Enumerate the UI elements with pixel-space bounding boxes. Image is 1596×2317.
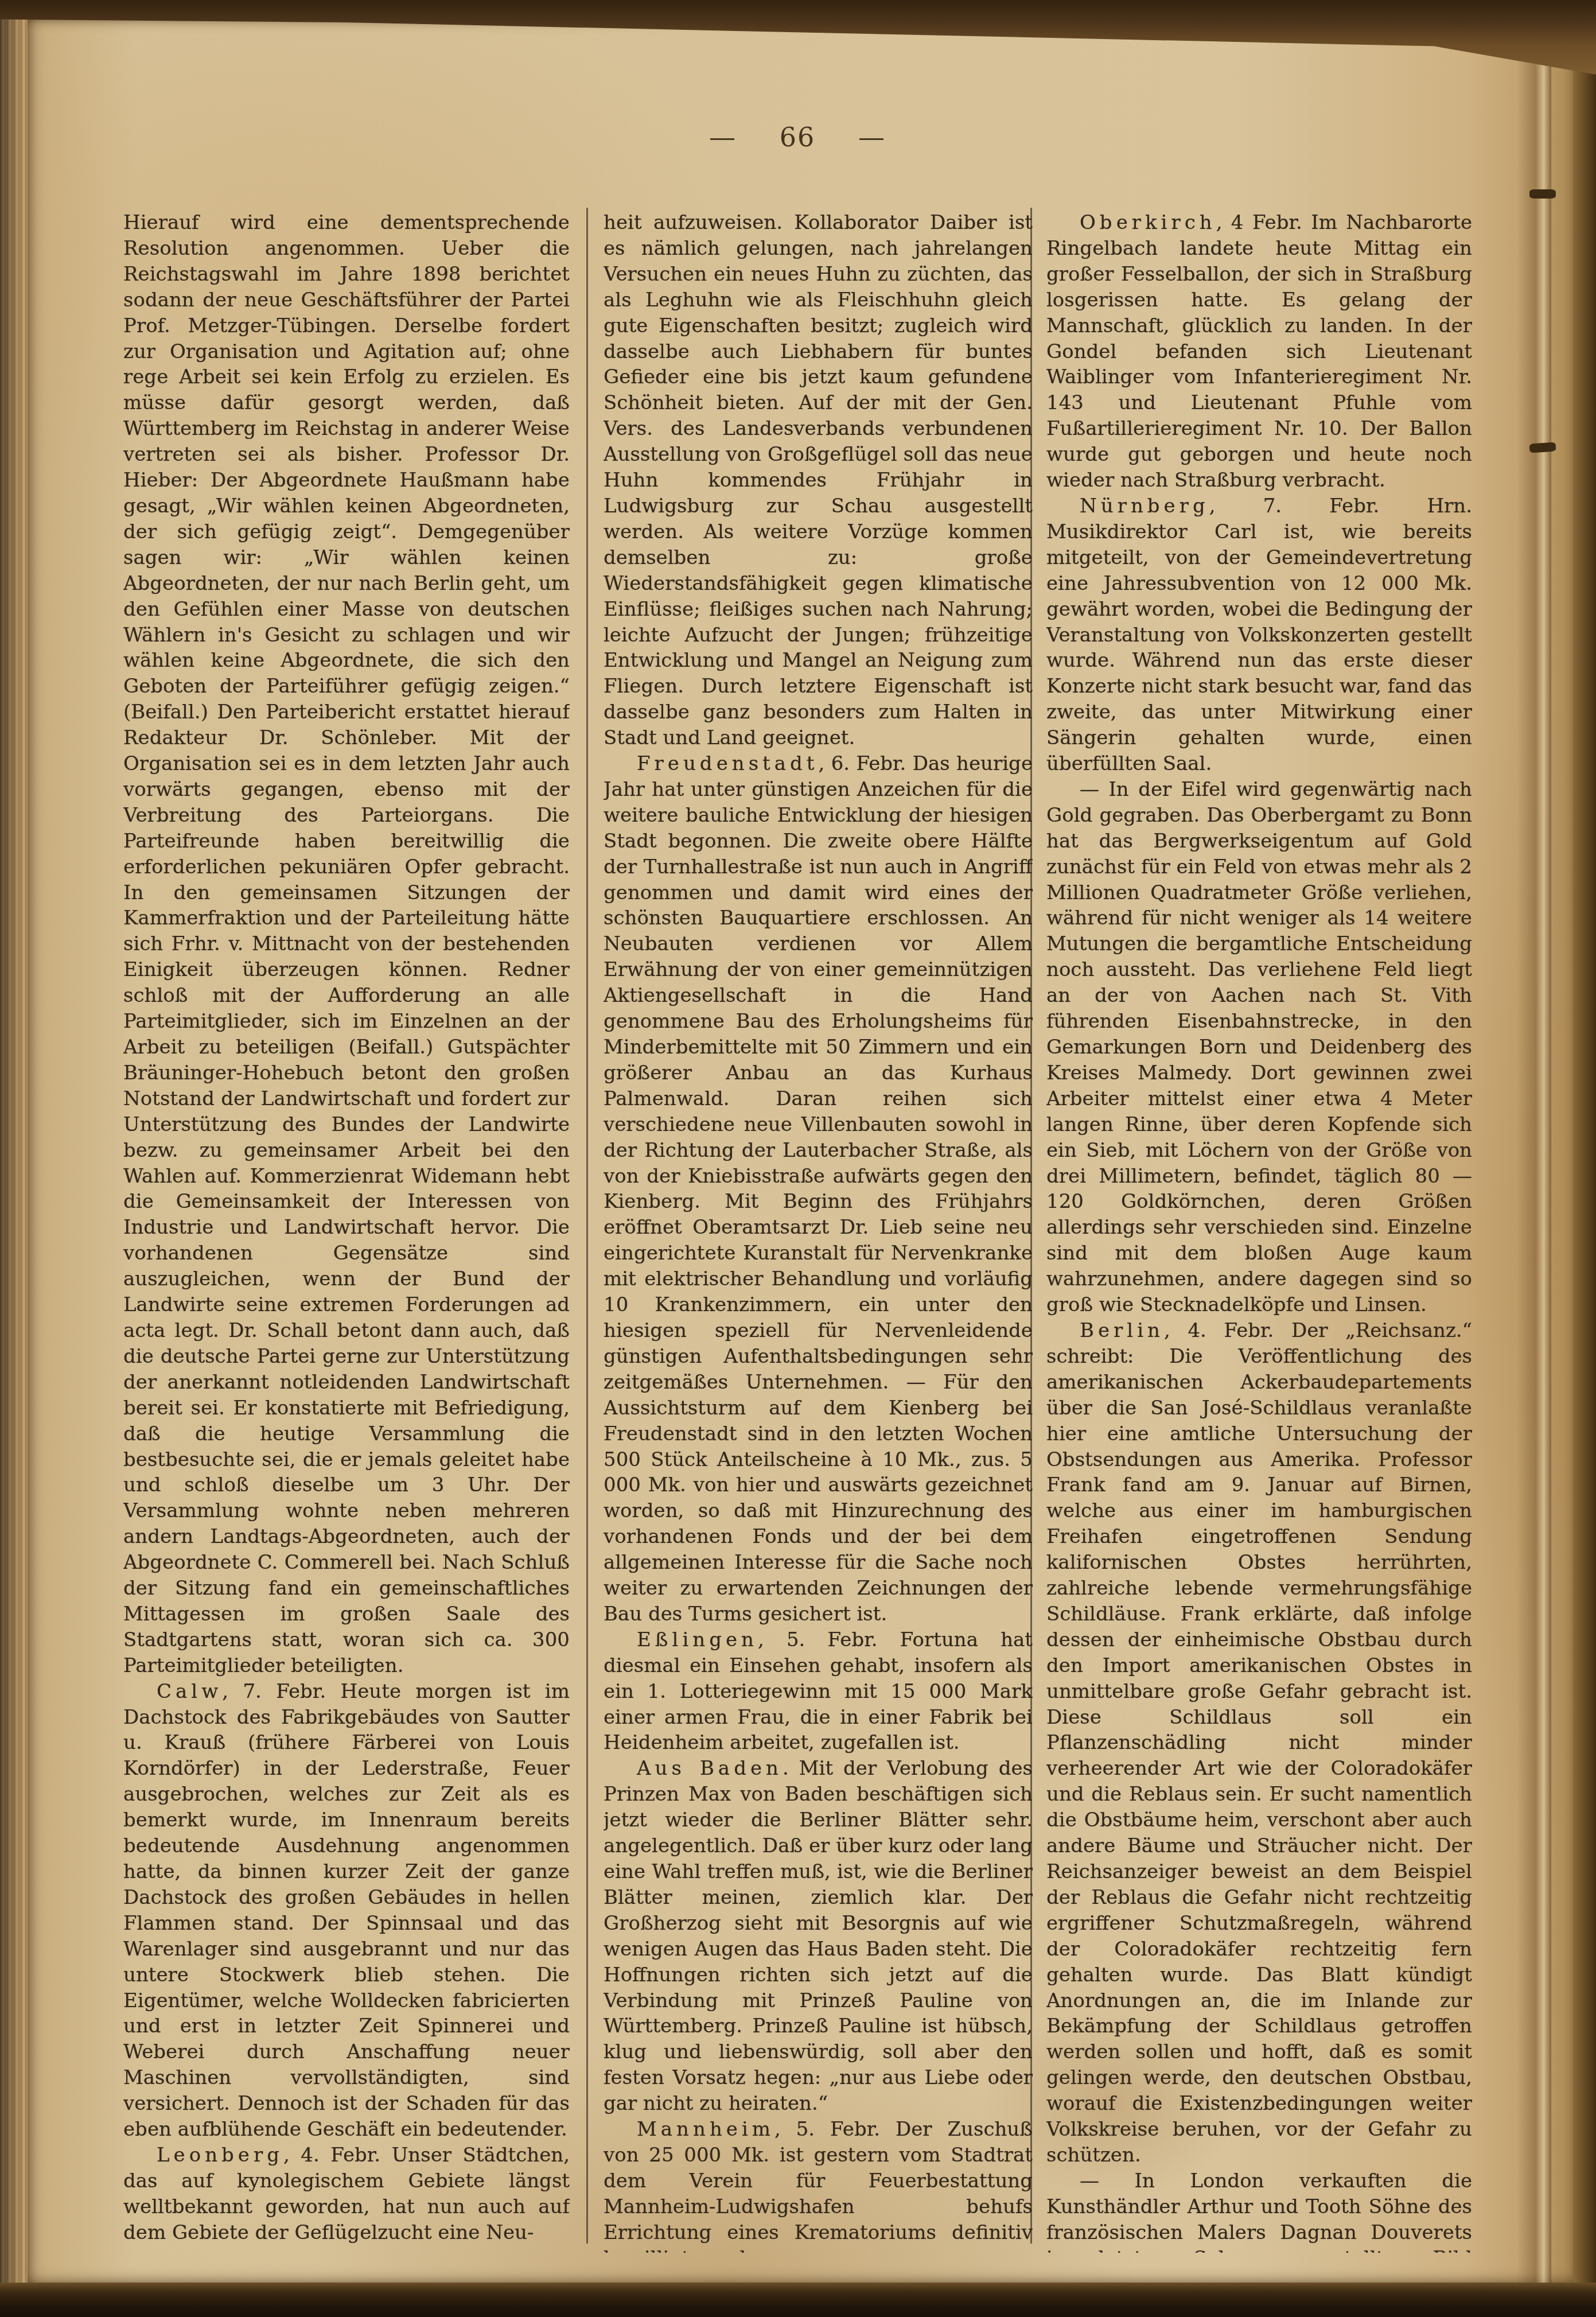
dateline-lead: Calw — [157, 1680, 222, 1703]
book-right-edge — [1571, 0, 1596, 2317]
text-column-3: Oberkirch, 4 Febr. Im Nachbarorte Ringel… — [1046, 210, 1472, 2253]
book-page-stack-edge — [0, 0, 30, 2317]
article-paragraph: Nürnberg, 7. Febr. Hrn. Musikdirektor Ca… — [1046, 493, 1472, 777]
article-paragraph: heit aufzuweisen. Kollaborator Daiber is… — [604, 210, 1033, 751]
article-paragraph: Oberkirch, 4 Febr. Im Nachbarorte Ringel… — [1046, 210, 1472, 493]
dateline-lead: Freudenstadt — [637, 752, 818, 775]
article-paragraph: Eßlingen, 5. Febr. Fortuna hat diesmal e… — [604, 1627, 1033, 1756]
book-cover-bottom — [0, 2283, 1596, 2317]
dateline-lead: Mannheim — [637, 2118, 774, 2141]
page-curl-shadow — [1517, 17, 1551, 2285]
dateline-lead: Berlin — [1080, 1319, 1164, 1342]
dateline-lead: Oberkirch — [1080, 211, 1216, 234]
column-rule-left — [586, 208, 588, 2244]
article-paragraph: Hierauf wird eine dementsprechende Resol… — [123, 210, 570, 1679]
dateline-lead: Eßlingen — [637, 1628, 758, 1651]
dateline-lead: Leonberg — [157, 2144, 283, 2167]
article-paragraph: — In der Eifel wird gegenwärtig nach Gol… — [1046, 777, 1472, 1318]
paper-tear-notch — [1529, 189, 1556, 199]
article-paragraph: Calw, 7. Febr. Heute morgen ist im Dachs… — [123, 1679, 570, 2143]
text-column-1: Hierauf wird eine dementsprechende Resol… — [123, 210, 570, 2253]
page-number: — 66 — — [123, 122, 1472, 153]
text-column-2: heit aufzuweisen. Kollaborator Daiber is… — [604, 210, 1033, 2253]
dateline-lead: Aus Baden — [637, 1757, 783, 1780]
scanned-newspaper-page: — 66 — Hierauf wird eine dementsprechend… — [0, 0, 1596, 2317]
article-paragraph: — In London verkauften die Kunsthändler … — [1046, 2168, 1472, 2253]
article-paragraph: Berlin, 4. Febr. Der „Reichsanz.“ schrei… — [1046, 1318, 1472, 2168]
article-paragraph: Freudenstadt, 6. Febr. Das heurige Jahr … — [604, 751, 1033, 1627]
article-paragraph: Mannheim, 5. Febr. Der Zuschuß von 25 00… — [604, 2117, 1033, 2253]
article-paragraph: Leonberg, 4. Febr. Unser Städtchen, das … — [123, 2143, 570, 2246]
dateline-lead: Nürnberg — [1080, 495, 1209, 518]
paper-tear-notch — [1529, 442, 1556, 453]
article-paragraph: Aus Baden. Mit der Verlobung des Prinzen… — [604, 1756, 1033, 2117]
